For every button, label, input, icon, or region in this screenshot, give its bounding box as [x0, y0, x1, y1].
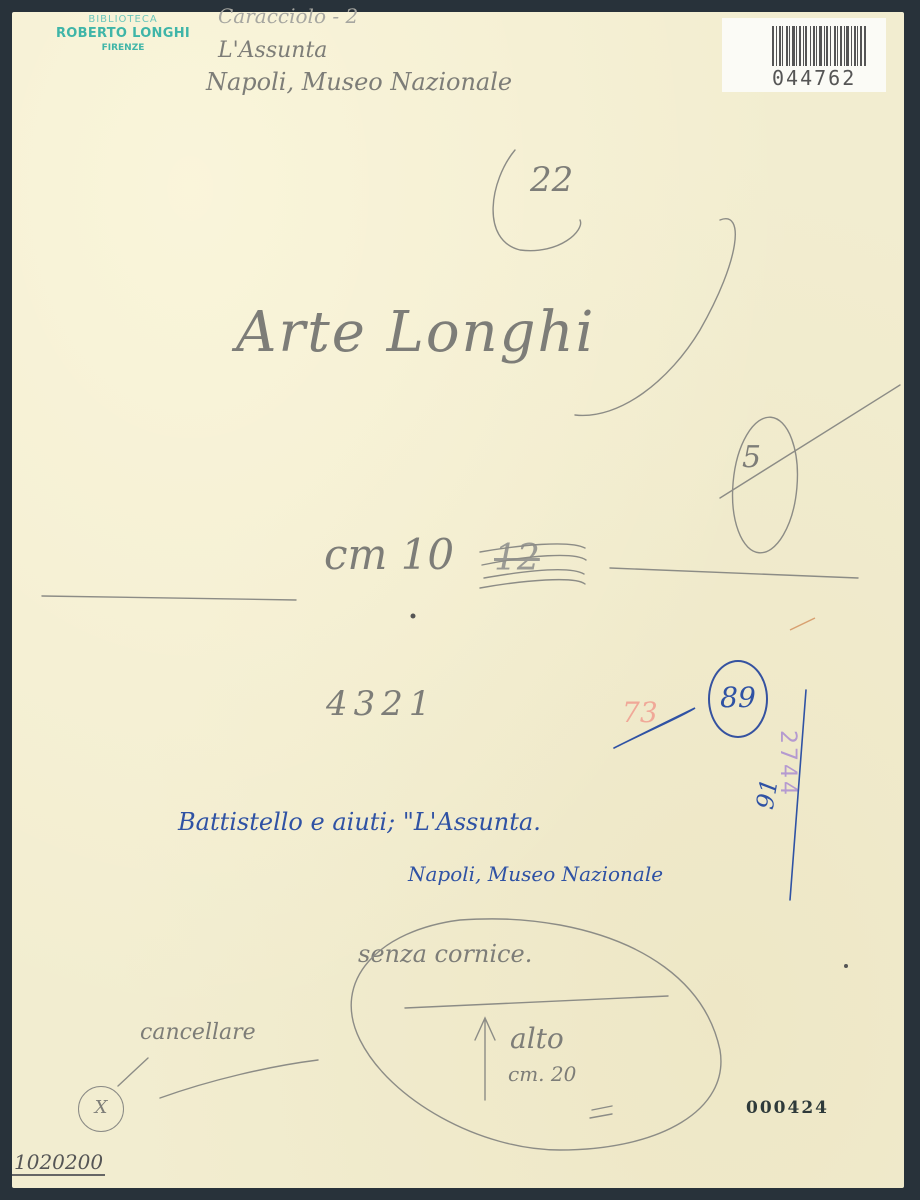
stamp-line-city: FIRENZE: [48, 43, 198, 53]
note-circled-89: 89: [708, 660, 768, 738]
barcode-icon: [772, 26, 876, 66]
note-artist-attribution: Caracciolo - 2: [218, 4, 358, 28]
stamp-line-name: ROBERTO LONGHI: [48, 26, 198, 41]
barcode-label: 044762: [722, 18, 886, 92]
barcode-number: 044762: [772, 66, 882, 90]
note-cancel: cancellare: [140, 1020, 256, 1045]
photo-verso-sheet: [12, 12, 904, 1188]
note-ink-location: Napoli, Museo Nazionale: [408, 862, 663, 886]
note-size: cm 10: [324, 530, 454, 579]
note-struck-red-number: 73: [622, 696, 658, 729]
note-size-struck: 12: [494, 538, 540, 579]
note-frame: senza cornice.: [358, 940, 532, 968]
handwritten-signature: Arte Longhi: [236, 300, 595, 365]
library-stamp: BIBLIOTECA ROBERTO LONGHI FIRENZE: [48, 14, 198, 53]
note-height: cm. 20: [508, 1062, 576, 1086]
cancel-mark-icon: X: [78, 1086, 124, 1132]
note-circled-number: 5: [742, 440, 761, 475]
printed-serial: 000424: [746, 1098, 829, 1118]
note-title: L'Assunta: [218, 38, 327, 63]
note-inventory-number: 4321: [326, 684, 437, 724]
note-orientation: alto: [510, 1022, 564, 1055]
stamp-line-biblioteca: BIBLIOTECA: [48, 14, 198, 25]
note-catalog-number: 1020200: [12, 1150, 105, 1176]
note-signature-number: 22: [530, 160, 573, 200]
note-purple-number: 2744: [775, 730, 800, 798]
note-location: Napoli, Museo Nazionale: [206, 68, 512, 96]
note-ink-attribution: Battistello e aiuti; "L'Assunta.: [178, 808, 541, 836]
